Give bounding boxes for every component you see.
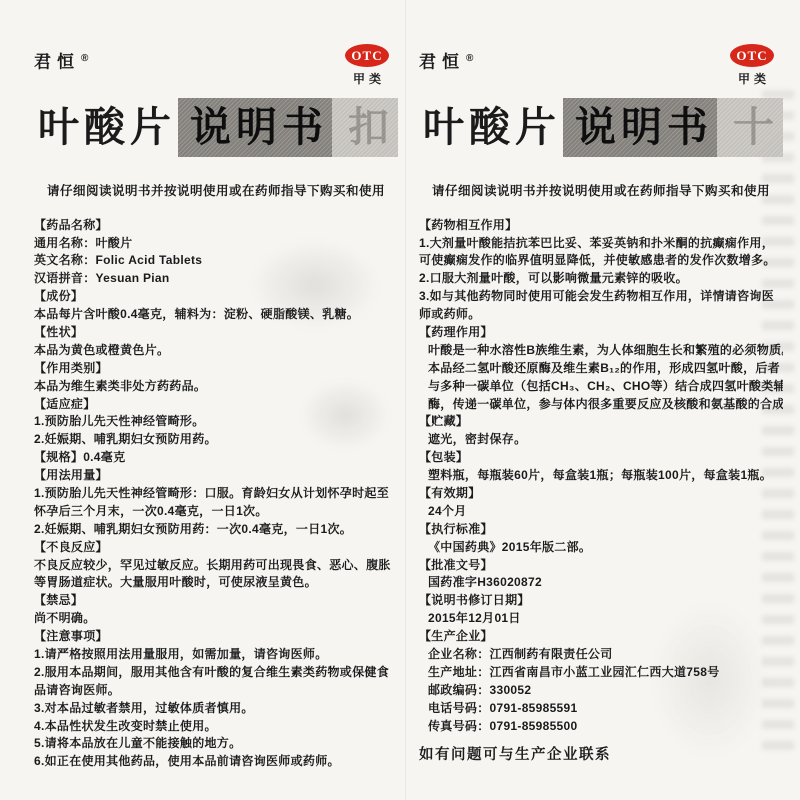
text-line: 国药准字H36020872: [419, 574, 783, 592]
text-line: 企业名称：江西制药有限责任公司: [419, 646, 783, 664]
text-line: 5.请将本品放在儿童不能接触的地方。: [34, 735, 398, 753]
leaflet-panel-left: 君恒® OTC 甲类 叶酸片说明书扣 请仔细阅读说明书并按说明使用或在药师指导下…: [34, 0, 398, 800]
text-line: 邮政编码：330052: [419, 682, 783, 700]
text-line: 本品为黄色或橙黄色片。: [34, 342, 398, 360]
text-line: 3.对本品过敏者禁用，过敏体质者慎用。: [34, 700, 398, 718]
text-line: 4.本品性状发生改变时禁止使用。: [34, 718, 398, 736]
otc-badge: OTC 甲类: [727, 44, 777, 87]
otc-icon: OTC: [730, 44, 774, 67]
instructions-label: 说明书: [563, 98, 717, 157]
text-line: 【适应症】: [34, 396, 398, 414]
text-line: 2.服用本品期间，服用其他含有叶酸的复合维生素类药物或保健食: [34, 664, 398, 682]
text-line: 【执行标准】: [419, 521, 783, 539]
product-name: 叶酸片: [34, 104, 176, 150]
text-line: 本品为维生素类非处方药药品。: [34, 378, 398, 396]
text-line: 尚不明确。: [34, 610, 398, 628]
left-column-text: 【药品名称】通用名称：叶酸片英文名称：Folic Acid Tablets汉语拼…: [34, 217, 398, 772]
otc-class-label: 甲类: [342, 70, 392, 87]
text-line: 【成份】: [34, 288, 398, 306]
text-line: 【有效期】: [419, 485, 783, 503]
leaflet-title: 叶酸片说明书十: [419, 98, 783, 157]
text-line: 《中国药典》2015年版二部。: [419, 539, 783, 557]
leaflet-sheet: 君恒® OTC 甲类 叶酸片说明书扣 请仔细阅读说明书并按说明使用或在药师指导下…: [0, 0, 800, 800]
text-line: 1.请严格按照用法用量服用，如需加量，请咨询医师。: [34, 646, 398, 664]
text-line: 师或药师。: [419, 306, 783, 324]
usage-notice: 请仔细阅读说明书并按说明使用或在药师指导下购买和使用: [419, 181, 783, 199]
text-line: 英文名称：Folic Acid Tablets: [34, 252, 398, 270]
text-line: 24个月: [419, 503, 783, 521]
right-column-text: 【药物相互作用】1.大剂量叶酸能拮抗苯巴比妥、苯妥英钠和扑米酮的抗癫痫作用，可使…: [419, 217, 783, 736]
text-line: 品请咨询医师。: [34, 682, 398, 700]
text-line: 【注意事项】: [34, 628, 398, 646]
text-line: 2.妊娠期、哺乳期妇女预防用药。: [34, 431, 398, 449]
text-line: 【批准文号】: [419, 557, 783, 575]
text-line: 与多种一碳单位（包括CH₃、CH₂、CHO等）结合成四氢叶酸类辅: [419, 378, 783, 396]
panel-header: 君恒® OTC 甲类 叶酸片说明书扣 请仔细阅读说明书并按说明使用或在药师指导下…: [34, 48, 398, 199]
text-line: 通用名称：叶酸片: [34, 235, 398, 253]
text-line: 【生产企业】: [419, 628, 783, 646]
instructions-label: 说明书: [178, 98, 332, 157]
otc-class-label: 甲类: [727, 70, 777, 87]
text-line: 2.妊娠期、哺乳期妇女预防用药：一次0.4毫克，一日1次。: [34, 521, 398, 539]
text-line: 传真号码：0791-85985500: [419, 718, 783, 736]
registered-trademark-icon: ®: [466, 53, 473, 64]
usage-notice: 请仔细阅读说明书并按说明使用或在药师指导下购买和使用: [34, 181, 398, 199]
text-line: 1.预防胎儿先天性神经管畸形。: [34, 413, 398, 431]
text-line: 【禁忌】: [34, 592, 398, 610]
text-line: 【不良反应】: [34, 539, 398, 557]
text-line: 遮光，密封保存。: [419, 431, 783, 449]
text-line: 可使癫痫发作的临界值明显降低，并使敏感患者的发作次数增多。: [419, 252, 783, 270]
registered-trademark-icon: ®: [81, 53, 88, 64]
text-line: 塑料瓶，每瓶装60片，每盒装1瓶；每瓶装100片，每盒装1瓶。: [419, 467, 783, 485]
text-line: 2015年12月01日: [419, 610, 783, 628]
text-line: 汉语拼音：Yesuan Pian: [34, 270, 398, 288]
text-line: 【药品名称】: [34, 217, 398, 235]
text-line: 【作用类别】: [34, 360, 398, 378]
text-line: 【说明书修订日期】: [419, 592, 783, 610]
print-bleed-ghost: 扣: [332, 98, 398, 157]
text-line: 怀孕后三个月末，一次0.4毫克，一日1次。: [34, 503, 398, 521]
product-name: 叶酸片: [419, 104, 561, 150]
text-line: 【规格】0.4毫克: [34, 449, 398, 467]
text-line: 电话号码：0791-85985591: [419, 700, 783, 718]
contact-note: 如有问题可与生产企业联系: [419, 743, 783, 764]
text-line: 【药理作用】: [419, 324, 783, 342]
otc-icon: OTC: [345, 44, 389, 67]
text-line: 生产地址：江西省南昌市小蓝工业园汇仁西大道758号: [419, 664, 783, 682]
brand-name: 君恒: [419, 53, 465, 72]
text-line: 1.大剂量叶酸能拮抗苯巴比妥、苯妥英钠和扑米酮的抗癫痫作用，: [419, 235, 783, 253]
print-bleed-ghost: 十: [717, 98, 783, 157]
panel-divider: [405, 0, 406, 800]
text-line: 3.如与其他药物同时使用可能会发生药物相互作用，详情请咨询医: [419, 288, 783, 306]
brand-name: 君恒: [34, 53, 80, 72]
text-line: 叶酸是一种水溶性B族维生素，为人体细胞生长和繁殖的必须物质。: [419, 342, 783, 360]
text-line: 等胃肠道症状。大量服用叶酸时，可使尿液呈黄色。: [34, 574, 398, 592]
text-line: 本品经二氢叶酸还原酶及维生素B₁₂的作用，形成四氢叶酸，后者: [419, 360, 783, 378]
text-line: 【包装】: [419, 449, 783, 467]
otc-badge: OTC 甲类: [342, 44, 392, 87]
text-line: 不良反应较少，罕见过敏反应。长期用药可出现畏食、恶心、腹胀: [34, 557, 398, 575]
leaflet-panel-right: 君恒® OTC 甲类 叶酸片说明书十 请仔细阅读说明书并按说明使用或在药师指导下…: [419, 0, 783, 800]
panel-header: 君恒® OTC 甲类 叶酸片说明书十 请仔细阅读说明书并按说明使用或在药师指导下…: [419, 48, 783, 199]
text-line: 【药物相互作用】: [419, 217, 783, 235]
text-line: 【贮藏】: [419, 413, 783, 431]
leaflet-title: 叶酸片说明书扣: [34, 98, 398, 157]
text-line: 6.如正在使用其他药品，使用本品前请咨询医师或药师。: [34, 753, 398, 771]
text-line: 本品每片含叶酸0.4毫克，辅料为：淀粉、硬脂酸镁、乳糖。: [34, 306, 398, 324]
text-line: 【用法用量】: [34, 467, 398, 485]
text-line: 1.预防胎儿先天性神经管畸形：口服。育龄妇女从计划怀孕时起至: [34, 485, 398, 503]
text-line: 【性状】: [34, 324, 398, 342]
text-line: 酶，传递一碳单位，参与体内很多重要反应及核酸和氨基酸的合成。: [419, 396, 783, 414]
text-line: 2.口服大剂量叶酸，可以影响微量元素锌的吸收。: [419, 270, 783, 288]
